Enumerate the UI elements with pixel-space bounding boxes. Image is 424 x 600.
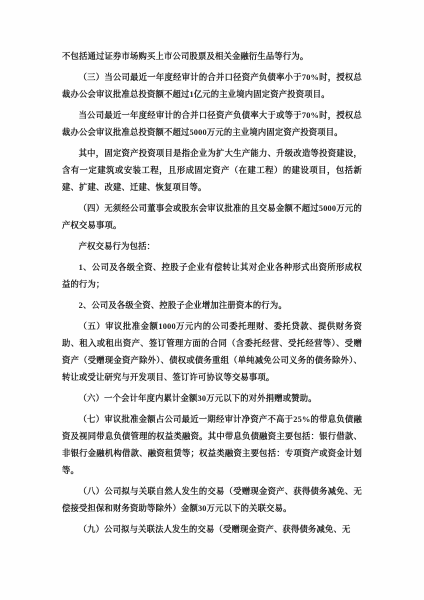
- paragraph: （九）公司拟与关联法人发生的交易（受赠现金资产、获得债务减免、无: [62, 521, 362, 538]
- paragraph: （五）审议批准金额1000万元内的公司委托理财、委托贷款、提供财务资助、租入或租…: [62, 318, 362, 386]
- paragraph: （三）当公司最近一年度经审计的合并口径资产负债率小于70%时，授权总裁办公会审议…: [62, 69, 362, 103]
- paragraph: 产权交易行为包括：: [62, 238, 362, 255]
- paragraph: 2、公司及各级全资、控股子企业增加注册资本的行为。: [62, 297, 362, 314]
- paragraph: 1、公司及各级全资、控股子企业有偿转让其对企业各种形式出资所形成权益的行为；: [62, 259, 362, 293]
- paragraph: （四）无须经公司董事会或股东会审议批准的且交易金额不超过5000万元的产权交易事…: [62, 200, 362, 234]
- paragraph: 不包括通过证券市场购买上市公司股票及相关金融衍生品等行为。: [62, 48, 362, 65]
- paragraph: 当公司最近一年度经审计的合并口径资产负债率大于或等于70%时，授权总裁办公会审议…: [62, 107, 362, 141]
- document-page: 不包括通过证券市场购买上市公司股票及相关金融衍生品等行为。（三）当公司最近一年度…: [0, 0, 424, 600]
- paragraph: （八）公司拟与关联自然人发生的交易（受赠现金资产、获得债务减免、无偿接受担保和财…: [62, 483, 362, 517]
- paragraph: 其中，固定资产投资项目是指企业为扩大生产能力、升级改造等投资建设，含有一定建筑或…: [62, 145, 362, 196]
- paragraph: （六）一个会计年度内累计金额30万元以下的对外捐赠或赞助。: [62, 390, 362, 407]
- document-body: 不包括通过证券市场购买上市公司股票及相关金融衍生品等行为。（三）当公司最近一年度…: [62, 48, 362, 538]
- paragraph: （七）审议批准金额占公司最近一期经审计净资产不高于25%的带息负债融资及视同带息…: [62, 411, 362, 479]
